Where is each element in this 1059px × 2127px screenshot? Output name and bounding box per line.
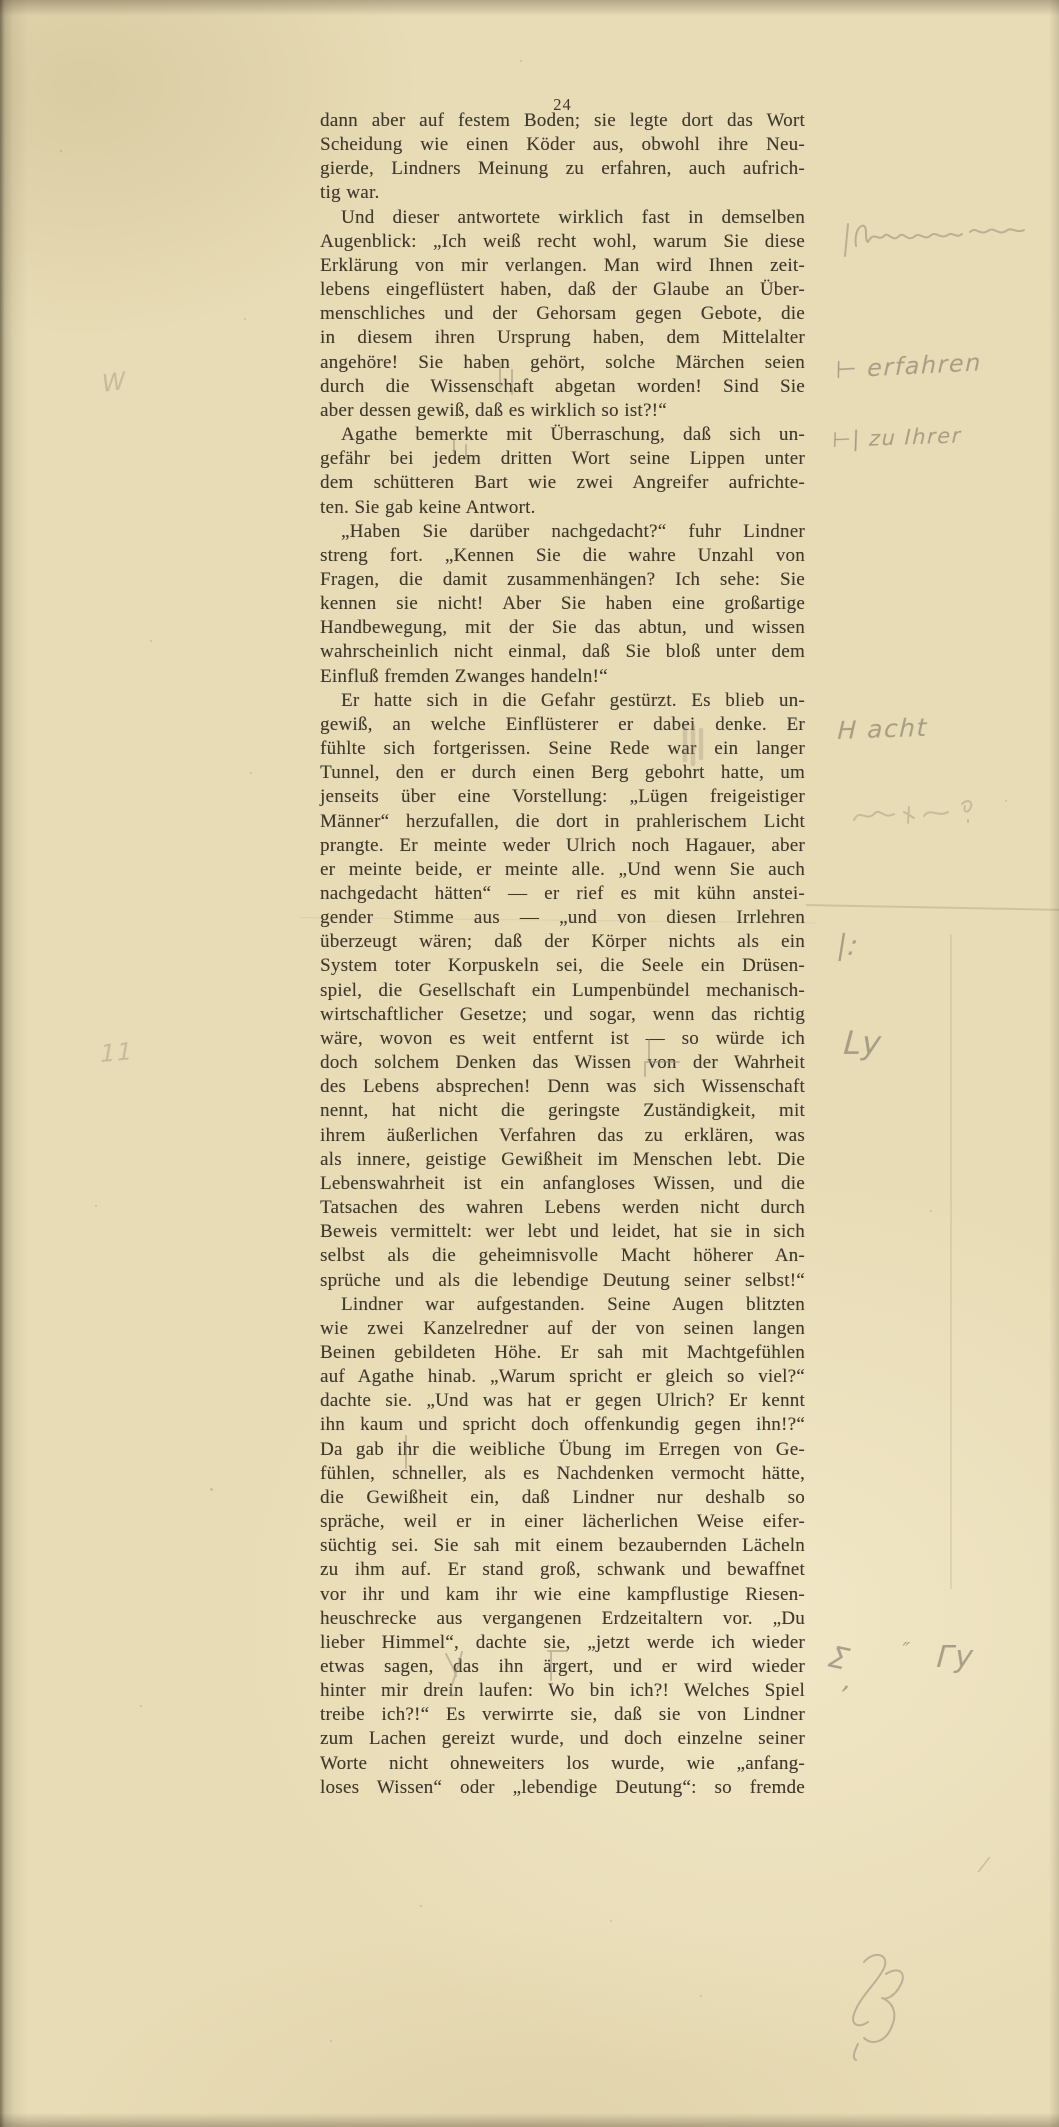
- text-line: Agathe bemerkte mit Überraschung, daß si…: [320, 423, 805, 447]
- text-line: ihrem äußerlichen Verfahren das zu erklä…: [320, 1124, 805, 1148]
- text-line: wahrscheinlich nicht einmal, daß Sie blo…: [320, 640, 805, 664]
- text-line: Scheidung wie einen Köder aus, obwohl ih…: [320, 133, 805, 157]
- text-line: ihn kaum und spricht doch offenkundig ge…: [320, 1413, 805, 1437]
- text-line: Männer“ herzufallen, die dort in prahler…: [320, 810, 805, 834]
- text-line: zum Lachen gereizt wurde, und doch einze…: [320, 1727, 805, 1751]
- text-line: Fragen, die damit zusammenhängen? Ich se…: [320, 568, 805, 592]
- margin-note-w-left: W: [101, 366, 128, 398]
- text-line: heuschrecke aus vergangenen Erdzeitalter…: [320, 1607, 805, 1631]
- paper-speck: [150, 640, 152, 642]
- text-line: Einfluß fremden Zwanges handeln!“: [320, 665, 805, 689]
- text-line: fühlen, schneller, als es Nachdenken ver…: [320, 1462, 805, 1486]
- text-line: Und dieser antwortete wirklich fast in d…: [320, 206, 805, 230]
- text-line: Tunnel, den er durch einen Berg gebohrt …: [320, 761, 805, 785]
- scan-edge-right: [1049, 0, 1059, 2127]
- text-line: gender Stimme aus — „und von diesen Irrl…: [320, 906, 805, 930]
- margin-note-erfahren: ⊢ erfahren: [836, 348, 983, 384]
- text-line: spräche, weil er in einer lächerlichen W…: [320, 1510, 805, 1534]
- text-line: kennen sie nicht! Aber Sie haben eine gr…: [320, 592, 805, 616]
- margin-note-11-left: 11: [100, 1037, 134, 1068]
- mark-von-der: [643, 1060, 681, 1080]
- margin-note-slash: /: [978, 1852, 991, 1877]
- text-line: zu ihm auf. Er stand groß, schwank und b…: [320, 1558, 805, 1582]
- text-line: aber dessen gewiß, daß es wirklich so is…: [320, 399, 805, 423]
- text-line: gefähr bei jedem dritten Wort seine Lipp…: [320, 447, 805, 471]
- paper-speck: [1005, 800, 1007, 802]
- scan-edge-bottom: [0, 2113, 1059, 2127]
- text-line: selbst als die geheimnisvolle Macht höhe…: [320, 1244, 805, 1268]
- text-line: in diesem ihren Ursprung haben, dem Mitt…: [320, 326, 805, 350]
- paper-speck: [60, 150, 62, 152]
- text-line: durch die Wissenschaft abgetan worden! S…: [320, 375, 805, 399]
- text-line: die Gewißheit ein, daß Lindner nur desha…: [320, 1486, 805, 1510]
- text-line: Worte nicht ohneweiters los wurde, wie „…: [320, 1752, 805, 1776]
- text-line: als innere, geistige Gewißheit im Mensch…: [320, 1148, 805, 1172]
- mark-sie: [545, 1646, 571, 1684]
- text-line: er meinte beide, er meinte alle. „Und we…: [320, 858, 805, 882]
- text-line: auf Agathe hinab. „Warum spricht er glei…: [320, 1365, 805, 1389]
- text-line: sprüche und als die lebendige Deutung se…: [320, 1269, 805, 1293]
- paper-speck: [610, 1920, 612, 1922]
- text-line: menschliches und der Gehorsam gegen Gebo…: [320, 302, 805, 326]
- text-line: süchtig sei. Sie sah mit einem bezaubern…: [320, 1534, 805, 1558]
- text-line: streng fort. „Kennen Sie die wahre Unzah…: [320, 544, 805, 568]
- text-line: Lebenswahrheit ist ein anfangloses Wisse…: [320, 1172, 805, 1196]
- text-line: jenseits über eine Vorstellung: „Lügen f…: [320, 785, 805, 809]
- paper-speck: [520, 60, 522, 62]
- margin-note-ly: Ly: [842, 1024, 883, 1062]
- paper-speck: [95, 1205, 97, 1207]
- text-line: Beinen gebildeten Höhe. Er sah mit Macht…: [320, 1341, 805, 1365]
- text-line: vor ihr und kam ihr wie eine kampflustig…: [320, 1583, 805, 1607]
- text-line: ten. Sie gab keine Antwort.: [320, 496, 805, 520]
- text-line: gewiß, an welche Einflüsterer er dabei d…: [320, 713, 805, 737]
- mark-kaum-und: [403, 1434, 429, 1470]
- text-line: Lindner war aufgestanden. Seine Augen bl…: [320, 1293, 805, 1317]
- paper-speck: [140, 1705, 142, 1707]
- mark-mit: [451, 437, 477, 459]
- text-line: Beweis vermittelt: wer lebt und leidet, …: [320, 1220, 805, 1244]
- text-line: Da gab ihr die weibliche Übung im Errege…: [320, 1438, 805, 1462]
- scanned-page: 24 dann aber auf festem Boden; sie legte…: [0, 0, 1059, 2127]
- text-line: loses Wissen“ oder „lebendige Deutung“: …: [320, 1776, 805, 1800]
- margin-note-gamma-y: Γy: [936, 1640, 976, 1675]
- mark-ist-dash: [646, 1038, 672, 1062]
- paper-crease-horizontal-right: [806, 904, 1059, 910]
- text-line: „Haben Sie darüber nachgedacht?“ fuhr Li…: [320, 520, 805, 544]
- margin-note-ditto: ″: [901, 1638, 912, 1662]
- scan-edge-left: [0, 0, 28, 2127]
- text-line: gierde, Lindners Meinung zu erfahren, au…: [320, 157, 805, 181]
- body-text: dann aber auf festem Boden; sie legte do…: [320, 109, 805, 1800]
- margin-note-bottom-flourish: [840, 1948, 918, 2062]
- text-line: doch solchem Denken das Wissen von der W…: [320, 1051, 805, 1075]
- text-line: dann aber auf festem Boden; sie legte do…: [320, 109, 805, 133]
- text-line: nachgedacht hätten“ — er rief es mit küh…: [320, 882, 805, 906]
- text-line: dachte sie. „Und was hat er gegen Ulrich…: [320, 1389, 805, 1413]
- text-line: Erklärung von mir verlangen. Man wird Ih…: [320, 254, 805, 278]
- paper-speck: [330, 2040, 332, 2042]
- mark-gehoert: [497, 362, 523, 394]
- paper-speck: [420, 1905, 422, 1907]
- mark-denke: [680, 724, 708, 764]
- text-line: des Lebens absprechen! Denn was sich Wis…: [320, 1075, 805, 1099]
- margin-note-faint-scribble: [846, 790, 984, 836]
- text-line: tig war.: [320, 181, 805, 205]
- scan-edge-top: [0, 0, 1059, 16]
- text-line: Tatsachen des wahren Lebens werden nicht…: [320, 1196, 805, 1220]
- mark-himmel: [442, 1650, 466, 1700]
- paper-crease-vertical: [950, 934, 952, 1589]
- text-line: nennt, hat nicht die geringste Zuständig…: [320, 1099, 805, 1123]
- paper-speck: [244, 318, 246, 320]
- text-line: fühlte sich fortgerissen. Seine Rede war…: [320, 737, 805, 761]
- text-line: angehöre! Sie haben gehört, solche Märch…: [320, 351, 805, 375]
- margin-note-top-scribble: [838, 216, 1033, 262]
- text-line: dem schütteren Bart wie zwei Angreifer a…: [320, 471, 805, 495]
- text-line: wäre, wovon es weit entfernt ist — so wü…: [320, 1027, 805, 1051]
- text-line: wie zwei Kanzelredner auf der von seinen…: [320, 1317, 805, 1341]
- text-line: wirtschaftlicher Gesetze; und sogar, wen…: [320, 1003, 805, 1027]
- text-line: prangte. Er meinte weder Ulrich noch Hag…: [320, 834, 805, 858]
- paper-speck: [250, 772, 252, 774]
- margin-note-zu-ihrer: ⊢| zu Ihrer: [832, 423, 962, 452]
- text-line: Augenblick: „Ich weiß recht wohl, warum …: [320, 230, 805, 254]
- margin-note-acht: H acht: [837, 713, 928, 745]
- text-line: lebens eingeflüstert haben, daß der Glau…: [320, 278, 805, 302]
- text-line: treibe ich?!“ Es verwirrte sie, daß sie …: [320, 1703, 805, 1727]
- paper-speck: [930, 1210, 932, 1212]
- paper-speck: [210, 1488, 213, 1491]
- paper-speck: [700, 1995, 702, 1997]
- text-line: überzeugt wären; daß der Körper nichts a…: [320, 930, 805, 954]
- margin-note-bar-colon: |:: [835, 928, 862, 963]
- text-line: System toter Korpuskeln sei, die Seele e…: [320, 954, 805, 978]
- text-line: spiel, die Gesellschaft ein Lumpenbündel…: [320, 979, 805, 1003]
- text-line: Er hatte sich in die Gefahr gestürzt. Es…: [320, 689, 805, 713]
- text-line: Handbewegung, mit der Sie das abtun, und…: [320, 616, 805, 640]
